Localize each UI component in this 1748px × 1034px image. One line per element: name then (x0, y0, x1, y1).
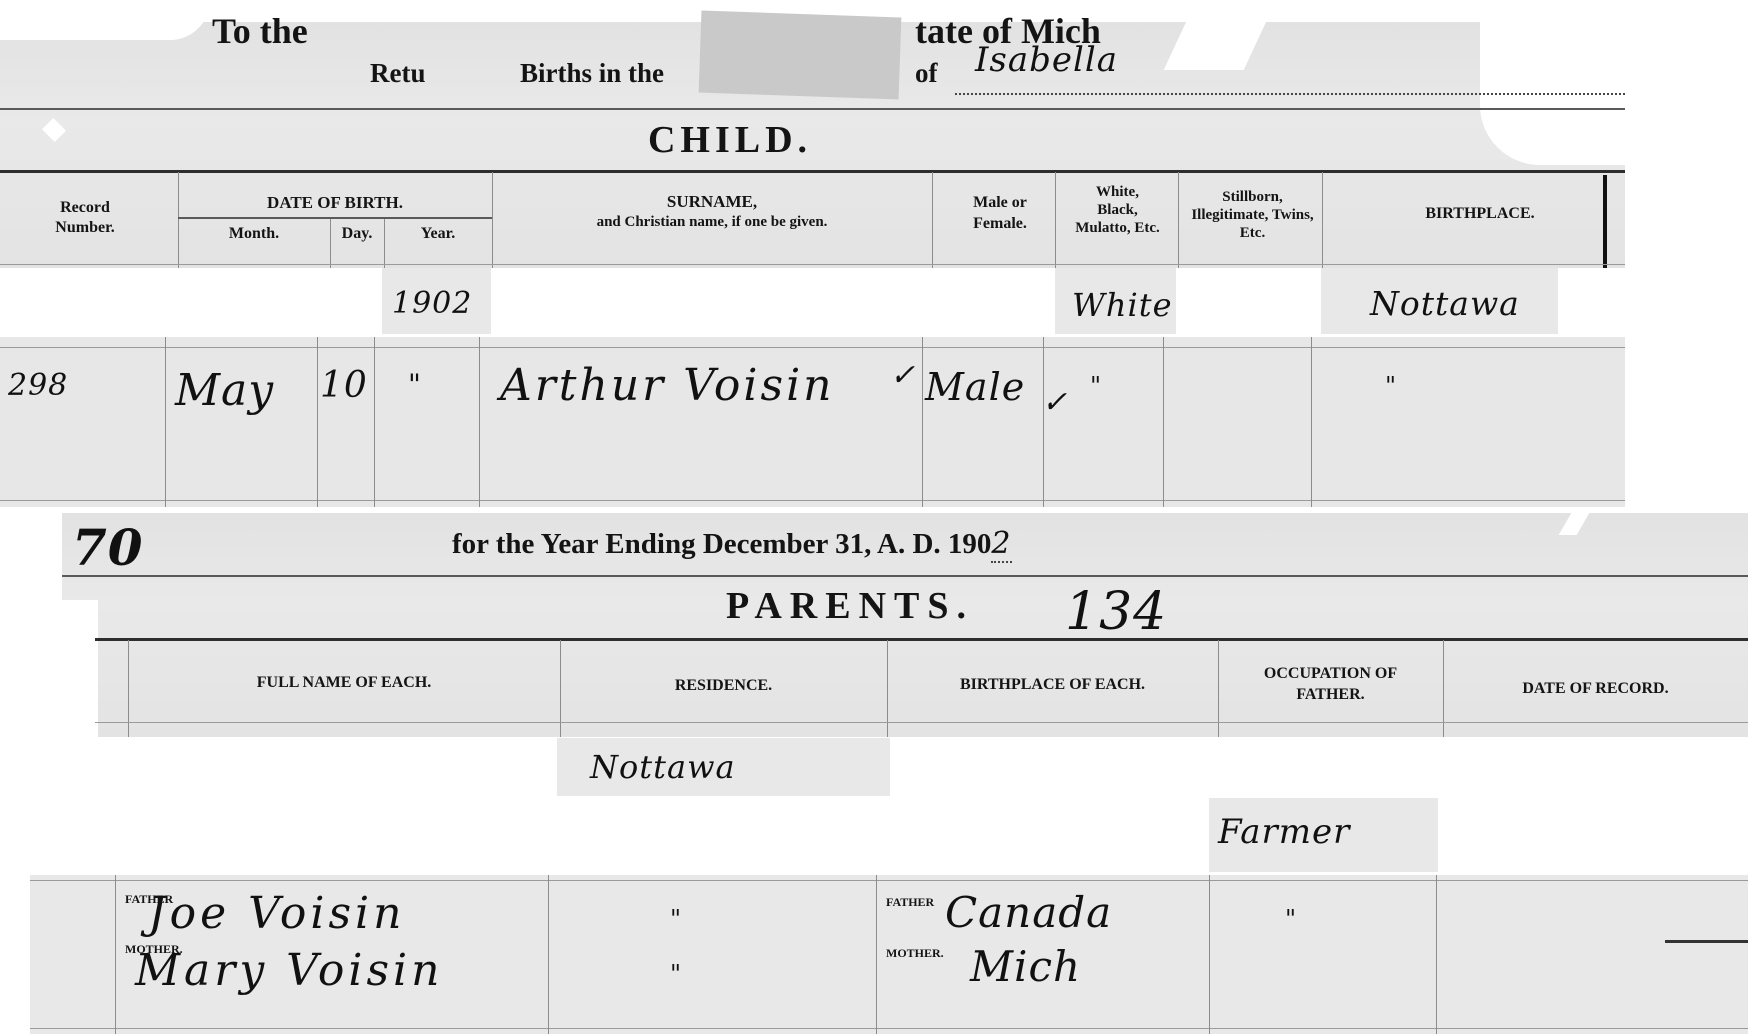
mother-birthplace-value: Mich (970, 942, 1081, 991)
subtitle-mid: Births in the (520, 58, 664, 89)
sex-value: Male (925, 365, 1025, 409)
margin-page-number: 70 (72, 518, 144, 577)
race-value: White (1072, 286, 1173, 324)
father-name-value: Joe Voisin (148, 888, 405, 939)
rule (95, 722, 1748, 723)
child-name-value: Arthur Voisin (500, 360, 834, 411)
subtitle-prefix: Retu (370, 58, 426, 89)
col-divider (876, 875, 877, 1034)
col-divider (1209, 875, 1210, 1034)
torn-edge (1480, 0, 1625, 165)
section-parents-title: PARENTS. (700, 584, 1000, 628)
ink-smudge (1665, 940, 1748, 943)
race-ditto: " (1090, 372, 1102, 400)
mother-name-value: Mary Voisin (135, 945, 443, 996)
col-divider (548, 875, 549, 1034)
header-race: White, Black, Mulatto, Etc. (1075, 183, 1160, 237)
header-surname-sub: and Christian name, if one be given. (492, 214, 932, 231)
header-date-of-birth: DATE OF BIRTH. (178, 193, 492, 213)
torn-edge (58, 600, 98, 740)
birth-year-ditto: " (408, 368, 422, 401)
col-divider (479, 337, 480, 507)
rule (178, 217, 492, 219)
header-residence: RESIDENCE. (560, 677, 887, 695)
header-occupation: OCCUPATION OF (1218, 665, 1443, 683)
header-full-name: FULL NAME OF EACH. (128, 674, 560, 692)
header-month: Month. (178, 225, 330, 243)
birthplace-ditto: " (1385, 372, 1397, 400)
col-divider (1436, 875, 1437, 1034)
col-divider (1163, 337, 1164, 507)
residence-value: Nottawa (590, 748, 736, 786)
col-divider (115, 875, 116, 1034)
township-name: Isabella (975, 40, 1118, 80)
title-fragment: To the (212, 10, 308, 52)
header-date-of-record: DATE OF RECORD. (1443, 680, 1748, 698)
col-divider (1178, 172, 1179, 268)
occupation-ditto: " (1285, 905, 1297, 933)
rule (0, 264, 1625, 265)
col-divider (1043, 337, 1044, 507)
rule (0, 108, 1625, 110)
col-divider (1311, 337, 1312, 507)
rule (30, 880, 1748, 881)
header-status: Stillborn, Illegitimate, Twins, Etc. (1190, 188, 1315, 242)
birth-month-value: May (175, 365, 274, 416)
col-divider (178, 172, 179, 268)
torn-edge (395, 0, 695, 22)
township-dotted-line (955, 93, 1625, 96)
col-divider (317, 337, 318, 507)
birthplace-value: Nottawa (1370, 284, 1520, 323)
rule (0, 500, 1625, 501)
rule (30, 1028, 1748, 1029)
mother-residence-ditto: " (670, 960, 682, 988)
torn-edge (0, 0, 210, 40)
col-divider (1055, 172, 1056, 268)
header-day: Day. (330, 225, 384, 243)
table-edge (1603, 175, 1607, 268)
checkmark-icon: ✓ (890, 358, 916, 393)
rule (62, 575, 1748, 577)
header-record-number: Record Number. (30, 198, 140, 238)
birth-day-value: 10 (320, 365, 368, 406)
checkmark-icon: ✓ (1042, 385, 1068, 420)
col-divider (165, 337, 166, 507)
handwritten-page-number: 134 (1065, 582, 1167, 642)
father-residence-ditto: " (670, 905, 682, 933)
col-divider (1322, 172, 1323, 268)
year-ending-line: for the Year Ending December 31, A. D. 1… (452, 526, 1012, 561)
year-ending-digit: 2 (991, 526, 1011, 563)
father-birthplace-value: Canada (945, 888, 1112, 937)
col-divider (374, 337, 375, 507)
header-birthplace: BIRTHPLACE. (1380, 205, 1580, 223)
rule (0, 347, 1625, 348)
folded-flap (699, 11, 902, 100)
rule (0, 170, 1625, 173)
section-child-title: CHILD. (600, 118, 860, 162)
mother-birthplace-label: MOTHER. (886, 946, 944, 961)
header-surname: SURNAME, (492, 192, 932, 212)
header-birthplace-each: BIRTHPLACE OF EACH. (887, 676, 1218, 694)
year-value: 1902 (392, 286, 472, 321)
col-divider (922, 337, 923, 507)
col-divider (932, 172, 933, 268)
father-birthplace-label: FATHER (886, 895, 934, 910)
occupation-value: Farmer (1218, 812, 1350, 852)
header-year: Year. (384, 225, 492, 243)
rule (95, 638, 1748, 641)
record-number-value: 298 (8, 368, 68, 403)
header-occupation-sub: FATHER. (1218, 686, 1443, 704)
header-sex: Male or Female. (955, 192, 1045, 234)
year-ending-text: for the Year Ending December 31, A. D. 1… (452, 528, 991, 560)
subtitle-of: of (915, 58, 938, 89)
